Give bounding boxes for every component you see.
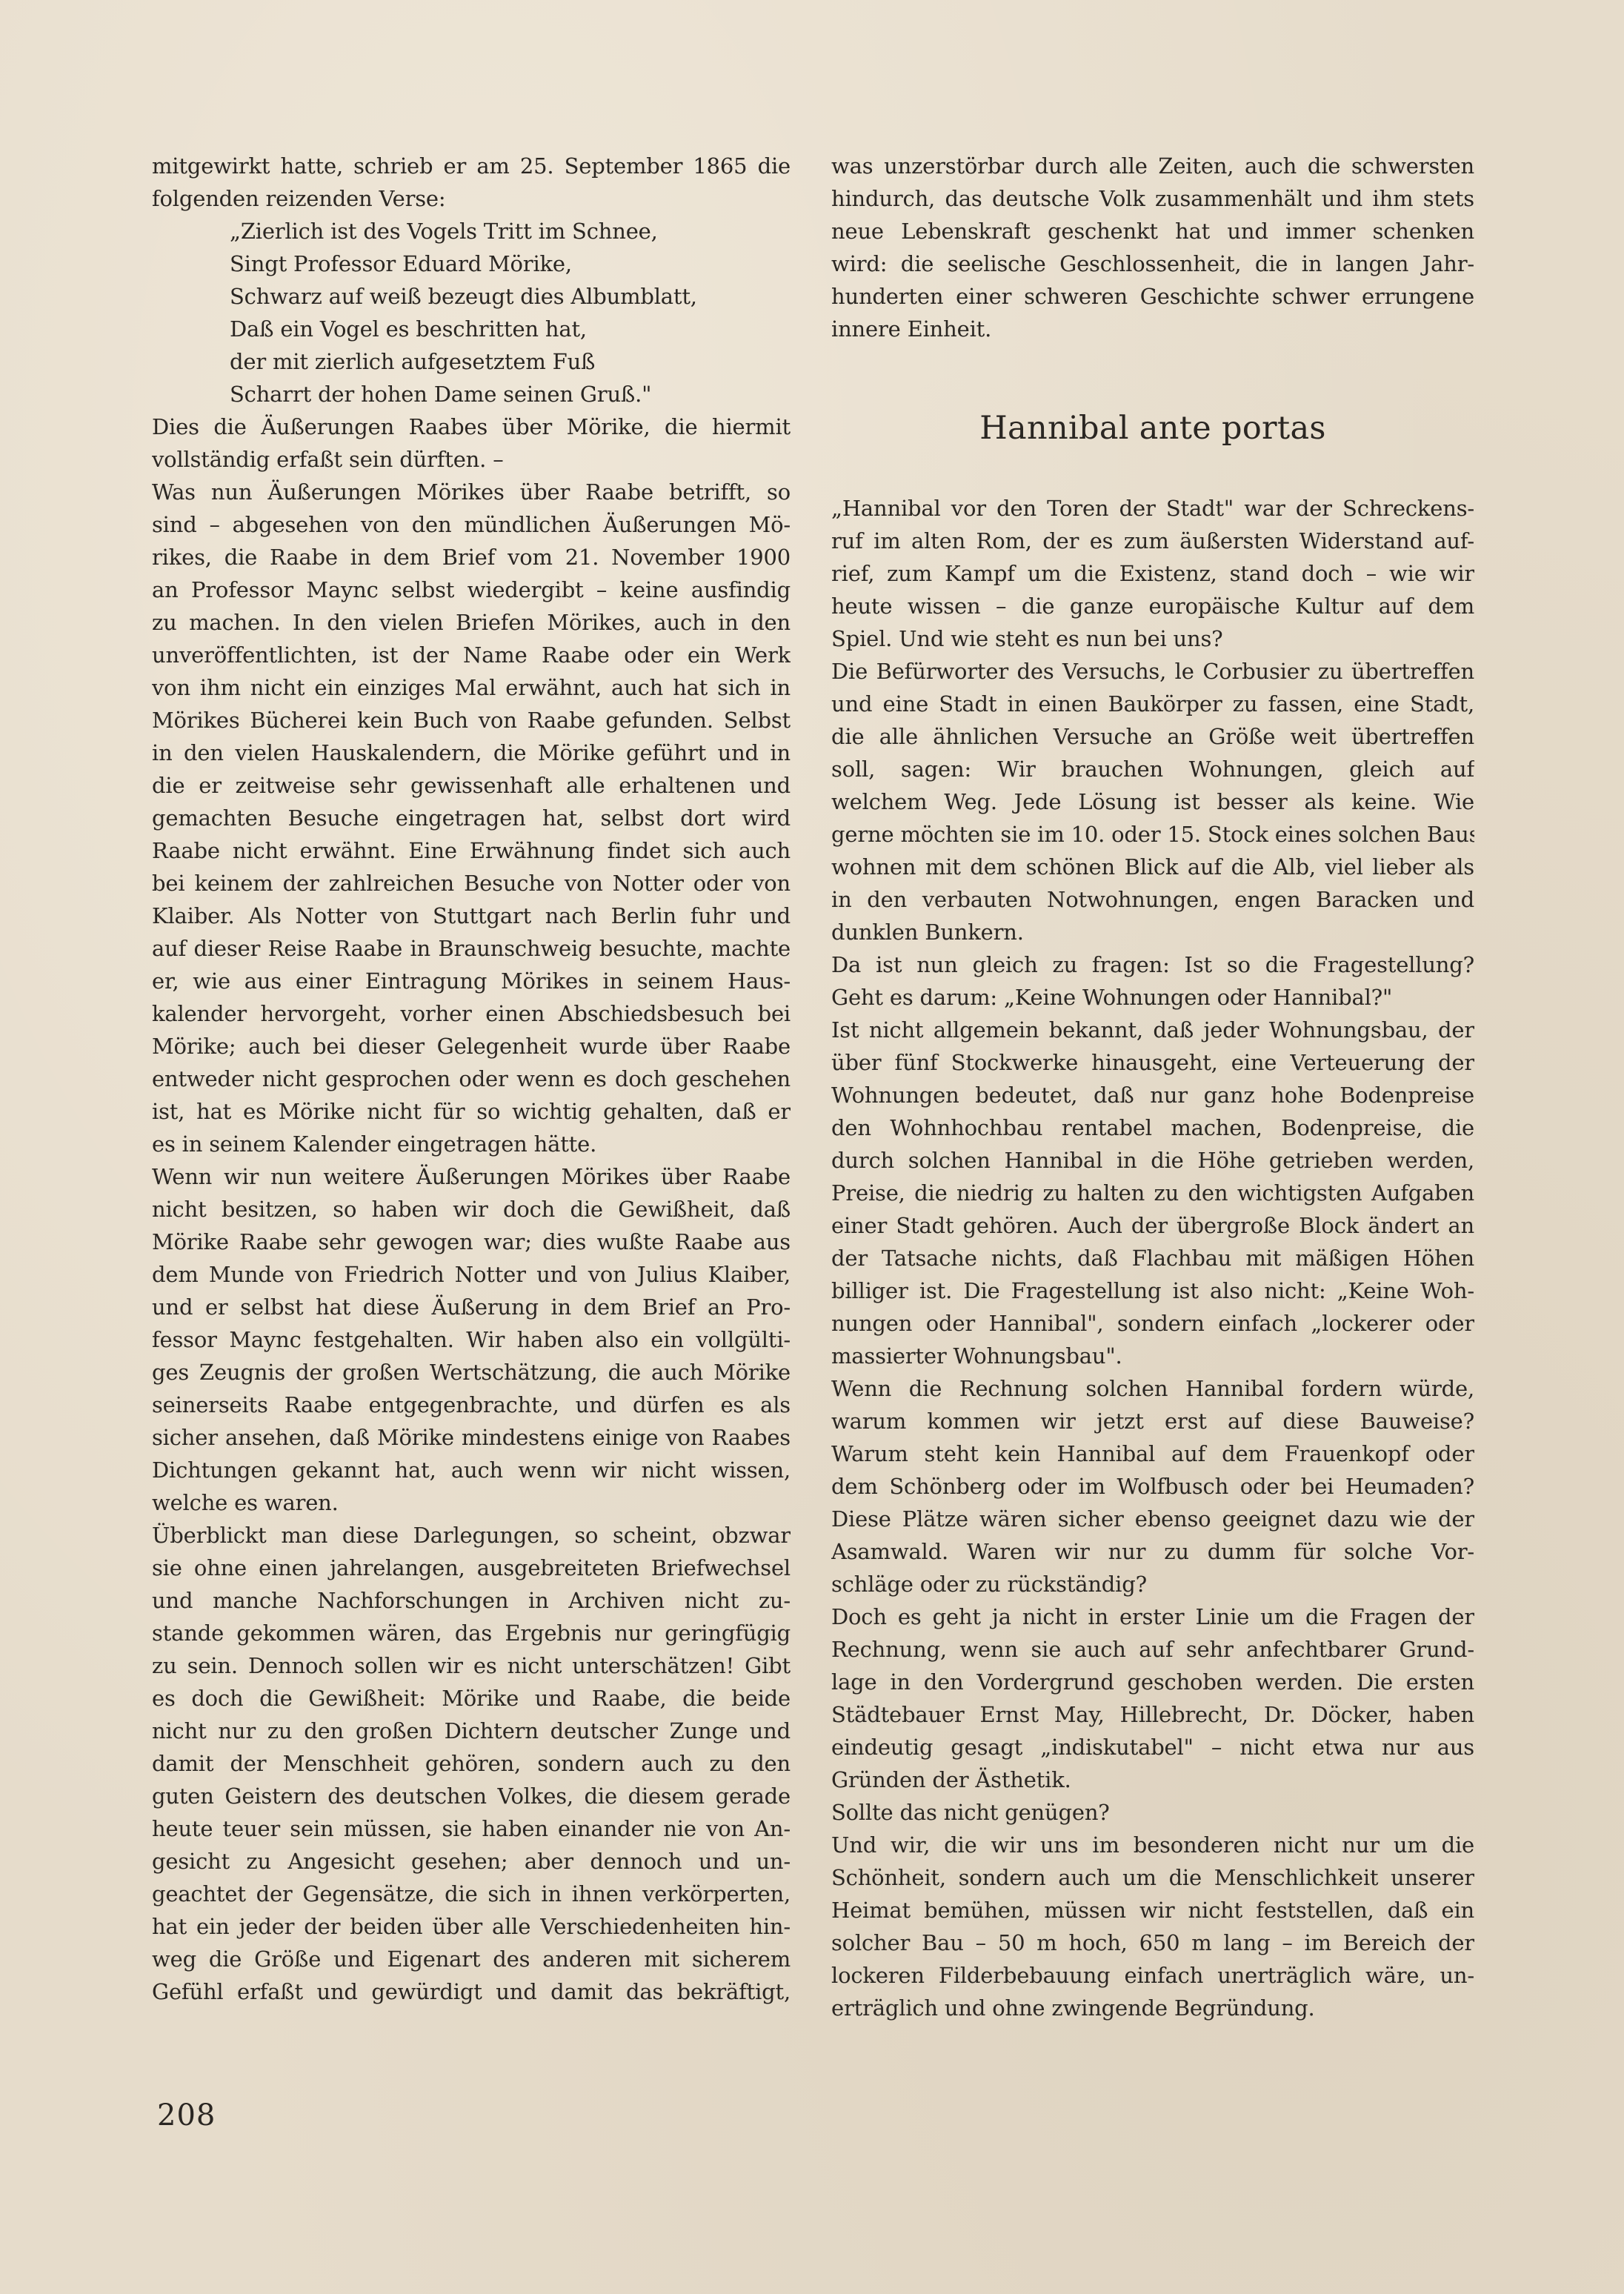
text-line: folgenden reizenden Verse: bbox=[152, 182, 791, 215]
text-line: Wohnungen bedeutet, daß nur ganz hohe Bo… bbox=[831, 1079, 1474, 1111]
text-line: sie ohne einen jahrelangen, ausgebreitet… bbox=[152, 1552, 791, 1584]
paragraph: Sollte das nicht genügen? bbox=[831, 1796, 1474, 1829]
text-line: Ist nicht allgemein bekannt, daß jeder W… bbox=[831, 1014, 1474, 1046]
verse-line: „Zierlich ist des Vogels Tritt im Schnee… bbox=[152, 215, 791, 247]
text-line: ges Zeugnis der großen Wertschätzung, di… bbox=[152, 1356, 791, 1389]
text-line: nungen oder Hannibal", sondern einfach „… bbox=[831, 1307, 1474, 1340]
text-line: Was nun Äußerungen Mörikes über Raabe be… bbox=[152, 476, 791, 508]
paragraph: Wenn die Rechnung solchen Hannibal forde… bbox=[831, 1372, 1474, 1600]
text-line: dunklen Bunkern. bbox=[831, 916, 1474, 948]
text-line: Heimat bemühen, müssen wir nicht festste… bbox=[831, 1894, 1474, 1926]
paragraph: Überblickt man diese Darlegungen, so sch… bbox=[152, 1519, 791, 2008]
text-line: hindurch, das deutsche Volk zusammenhält… bbox=[831, 182, 1474, 215]
text-line: Die Befürworter des Versuchs, le Corbusi… bbox=[831, 655, 1474, 688]
text-line: in den verbauten Notwohnungen, engen Bar… bbox=[831, 883, 1474, 916]
text-line: vollständig erfaßt sein dürften. – bbox=[152, 443, 791, 476]
text-line: billiger ist. Die Fragestellung ist also… bbox=[831, 1274, 1474, 1307]
text-line: gemachten Besuche eingetragen hat, selbs… bbox=[152, 802, 791, 834]
text-line: rikes, die Raabe in dem Brief vom 21. No… bbox=[152, 541, 791, 573]
text-line: fessor Maync festgehalten. Wir haben als… bbox=[152, 1323, 791, 1356]
text-line: Warum steht kein Hannibal auf dem Frauen… bbox=[831, 1437, 1474, 1470]
text-line: dem Schönberg oder im Wolfbusch oder bei… bbox=[831, 1470, 1474, 1503]
continuation-text: was unzerstörbar durch alle Zeiten, auch… bbox=[831, 150, 1474, 345]
paragraph: Ist nicht allgemein bekannt, daß jeder W… bbox=[831, 1014, 1474, 1372]
text-line: und er selbst hat diese Äußerung in dem … bbox=[152, 1291, 791, 1323]
text-line: massierter Wohnungsbau". bbox=[831, 1340, 1474, 1372]
text-line: gerne möchten sie im 10. oder 15. Stock … bbox=[831, 818, 1474, 851]
text-line: auf dieser Reise Raabe in Braunschweig b… bbox=[152, 932, 791, 965]
text-line: und eine Stadt in einen Baukörper zu fas… bbox=[831, 688, 1474, 720]
text-line: es in seinem Kalender eingetragen hätte. bbox=[152, 1128, 791, 1160]
text-line: was unzerstörbar durch alle Zeiten, auch… bbox=[831, 150, 1474, 182]
text-line: zu machen. In den vielen Briefen Mörikes… bbox=[152, 606, 791, 639]
right-column: was unzerstörbar durch alle Zeiten, auch… bbox=[831, 150, 1474, 2024]
text-line: Raabe nicht erwähnt. Eine Erwähnung find… bbox=[152, 834, 791, 867]
text-line: Da ist nun gleich zu fragen: Ist so die … bbox=[831, 948, 1474, 981]
text-line: nicht nur zu den großen Dichtern deutsch… bbox=[152, 1715, 791, 1747]
text-line: zu sein. Dennoch sollen wir es nicht unt… bbox=[152, 1649, 791, 1682]
document-page: mitgewirkt hatte, schrieb er am 25. Sept… bbox=[0, 0, 1624, 2294]
text-line: Wenn wir nun weitere Äußerungen Mörikes … bbox=[152, 1160, 791, 1193]
text-line: Klaiber. Als Notter von Stuttgart nach B… bbox=[152, 900, 791, 932]
text-line: in den vielen Hauskalendern, die Mörike … bbox=[152, 737, 791, 769]
intro-text: mitgewirkt hatte, schrieb er am 25. Sept… bbox=[152, 150, 791, 215]
text-line: nicht besitzen, so haben wir doch die Ge… bbox=[152, 1193, 791, 1226]
text-line: Und wir, die wir uns im besonderen nicht… bbox=[831, 1829, 1474, 1861]
text-line: unveröffentlichten, ist der Name Raabe o… bbox=[152, 639, 791, 671]
text-line: welchem Weg. Jede Lösung ist besser als … bbox=[831, 785, 1474, 818]
text-line: die alle ähnlichen Versuche an Größe wei… bbox=[831, 720, 1474, 753]
text-line: hunderten einer schweren Geschichte schw… bbox=[831, 280, 1474, 313]
text-line: kalender hervorgeht, vorher einen Abschi… bbox=[152, 997, 791, 1030]
text-line: Doch es geht ja nicht in erster Linie um… bbox=[831, 1600, 1474, 1633]
text-line: er, wie aus einer Eintragung Mörikes in … bbox=[152, 965, 791, 997]
text-line: „Hannibal vor den Toren der Stadt" war d… bbox=[831, 492, 1474, 525]
text-line: Mörike; auch bei dieser Gelegenheit wurd… bbox=[152, 1030, 791, 1063]
text-line: rief, zum Kampf um die Existenz, stand d… bbox=[831, 557, 1474, 590]
paragraph: Und wir, die wir uns im besonderen nicht… bbox=[831, 1829, 1474, 2024]
text-line: Überblickt man diese Darlegungen, so sch… bbox=[152, 1519, 791, 1552]
text-line: Gefühl erfaßt und gewürdigt und damit da… bbox=[152, 1975, 791, 2008]
text-line: über fünf Stockwerke hinausgeht, eine Ve… bbox=[831, 1046, 1474, 1079]
text-line: neue Lebenskraft geschenkt hat und immer… bbox=[831, 215, 1474, 247]
verse-line: Scharrt der hohen Dame seinen Gruß." bbox=[152, 378, 791, 410]
verse-line: der mit zierlich aufgesetztem Fuß bbox=[152, 345, 791, 378]
text-line: den Wohnhochbau rentabel machen, Bodenpr… bbox=[831, 1111, 1474, 1144]
text-line: lockeren Filderbebauung einfach unerträg… bbox=[831, 1959, 1474, 1992]
text-line: Gründen der Ästhetik. bbox=[831, 1763, 1474, 1796]
text-line: ruf im alten Rom, der es zum äußersten W… bbox=[831, 525, 1474, 557]
text-line: es doch die Gewißheit: Mörike und Raabe,… bbox=[152, 1682, 791, 1715]
paragraph: Doch es geht ja nicht in erster Linie um… bbox=[831, 1600, 1474, 1796]
text-line: die er zeitweise sehr gewissenhaft alle … bbox=[152, 769, 791, 802]
text-line: durch solchen Hannibal in die Höhe getri… bbox=[831, 1144, 1474, 1177]
text-line: Diese Plätze wären sicher ebenso geeigne… bbox=[831, 1503, 1474, 1535]
text-line: Geht es darum: „Keine Wohnungen oder Han… bbox=[831, 981, 1474, 1014]
text-line: warum kommen wir jetzt erst auf diese Ba… bbox=[831, 1405, 1474, 1437]
text-line: Wenn die Rechnung solchen Hannibal forde… bbox=[831, 1372, 1474, 1405]
text-line: stande gekommen wären, das Ergebnis nur … bbox=[152, 1617, 791, 1649]
left-column: mitgewirkt hatte, schrieb er am 25. Sept… bbox=[152, 150, 791, 2008]
text-line: wird: die seelische Geschlossenheit, die… bbox=[831, 247, 1474, 280]
verse-line: Schwarz auf weiß bezeugt dies Albumblatt… bbox=[152, 280, 791, 313]
paragraph: „Hannibal vor den Toren der Stadt" war d… bbox=[831, 492, 1474, 655]
text-line: entweder nicht gesprochen oder wenn es d… bbox=[152, 1063, 791, 1095]
text-line: guten Geistern des deutschen Volkes, die… bbox=[152, 1780, 791, 1812]
page-number: 208 bbox=[157, 2098, 216, 2132]
text-line: heute wissen – die ganze europäische Kul… bbox=[831, 590, 1474, 622]
text-line: seinerseits Raabe entgegenbrachte, und d… bbox=[152, 1389, 791, 1421]
text-line: schläge oder zu rückständig? bbox=[831, 1568, 1474, 1600]
verse-line: Singt Professor Eduard Mörike, bbox=[152, 247, 791, 280]
text-line: Dies die Äußerungen Raabes über Mörike, … bbox=[152, 410, 791, 443]
text-line: Städtebauer Ernst May, Hillebrecht, Dr. … bbox=[831, 1698, 1474, 1731]
paragraph: Was nun Äußerungen Mörikes über Raabe be… bbox=[152, 476, 791, 1160]
text-line: bei keinem der zahlreichen Besuche von N… bbox=[152, 867, 791, 900]
text-line: hat ein jeder der beiden über alle Versc… bbox=[152, 1910, 791, 1943]
paragraph: Dies die Äußerungen Raabes über Mörike, … bbox=[152, 410, 791, 476]
article-title: Hannibal ante portas bbox=[831, 384, 1474, 473]
text-line: eindeutig gesagt „indiskutabel" – nicht … bbox=[831, 1731, 1474, 1763]
text-line: ist, hat es Mörike nicht für so wichtig … bbox=[152, 1095, 791, 1128]
paragraph: Die Befürworter des Versuchs, le Corbusi… bbox=[831, 655, 1474, 948]
verse-line: Daß ein Vogel es beschritten hat, bbox=[152, 313, 791, 345]
text-line: welche es waren. bbox=[152, 1486, 791, 1519]
text-line: Mörikes Bücherei kein Buch von Raabe gef… bbox=[152, 704, 791, 737]
text-line: soll, sagen: Wir brauchen Wohnungen, gle… bbox=[831, 753, 1474, 785]
text-line: von ihm nicht ein einziges Mal erwähnt, … bbox=[152, 671, 791, 704]
text-line: damit der Menschheit gehören, sondern au… bbox=[152, 1747, 791, 1780]
text-line: mitgewirkt hatte, schrieb er am 25. Sept… bbox=[152, 150, 791, 182]
text-line: geachtet der Gegensätze, die sich in ihn… bbox=[152, 1878, 791, 1910]
text-line: heute teuer sein müssen, sie haben einan… bbox=[152, 1812, 791, 1845]
text-line: Rechnung, wenn sie auch auf sehr anfecht… bbox=[831, 1633, 1474, 1666]
text-line: an Professor Maync selbst wiedergibt – k… bbox=[152, 573, 791, 606]
text-line: lage in den Vordergrund geschoben werden… bbox=[831, 1666, 1474, 1698]
text-line: Mörike Raabe sehr gewogen war; dies wußt… bbox=[152, 1226, 791, 1258]
paragraph: Wenn wir nun weitere Äußerungen Mörikes … bbox=[152, 1160, 791, 1519]
text-line: dem Munde von Friedrich Notter und von J… bbox=[152, 1258, 791, 1291]
text-line: Dichtungen gekannt hat, auch wenn wir ni… bbox=[152, 1454, 791, 1486]
verse-quote: „Zierlich ist des Vogels Tritt im Schnee… bbox=[152, 215, 791, 410]
text-line: solcher Bau – 50 m hoch, 650 m lang – im… bbox=[831, 1926, 1474, 1959]
text-line: sind – abgesehen von den mündlichen Äuße… bbox=[152, 508, 791, 541]
text-line: sicher ansehen, daß Mörike mindestens ei… bbox=[152, 1421, 791, 1454]
text-line: erträglich und ohne zwingende Begründung… bbox=[831, 1992, 1474, 2024]
text-line: Schönheit, sondern auch um die Menschlic… bbox=[831, 1861, 1474, 1894]
text-line: einer Stadt gehören. Auch der übergroße … bbox=[831, 1209, 1474, 1242]
text-line: Asamwald. Waren wir nur zu dumm für solc… bbox=[831, 1535, 1474, 1568]
paragraph: Da ist nun gleich zu fragen: Ist so die … bbox=[831, 948, 1474, 1014]
text-line: und manche Nachforschungen in Archiven n… bbox=[152, 1584, 791, 1617]
text-line: der Tatsache nichts, daß Flachbau mit mä… bbox=[831, 1242, 1474, 1274]
text-line: Sollte das nicht genügen? bbox=[831, 1796, 1474, 1829]
text-line: Spiel. Und wie steht es nun bei uns? bbox=[831, 622, 1474, 655]
text-line: wohnen mit dem schönen Blick auf die Alb… bbox=[831, 851, 1474, 883]
text-line: weg die Größe und Eigenart des anderen m… bbox=[152, 1943, 791, 1975]
text-line: innere Einheit. bbox=[831, 313, 1474, 345]
text-line: gesicht zu Angesicht gesehen; aber denno… bbox=[152, 1845, 791, 1878]
text-line: Preise, die niedrig zu halten zu den wic… bbox=[831, 1177, 1474, 1209]
